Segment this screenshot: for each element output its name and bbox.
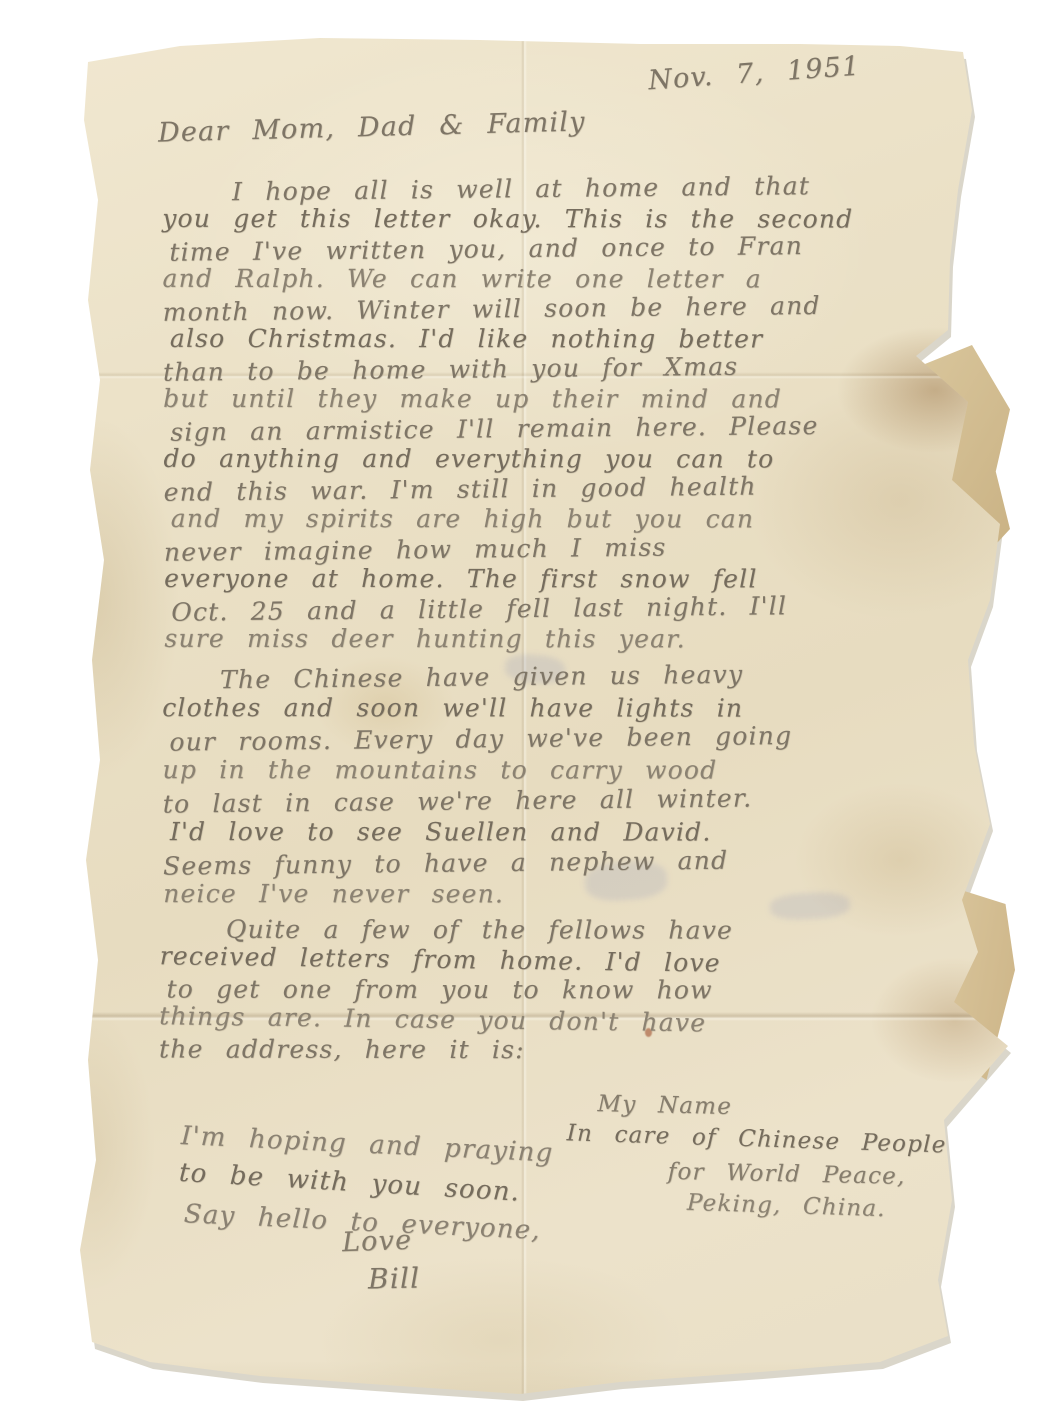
letter-valediction: Love (341, 1225, 412, 1258)
letter-line: I'd love to see Suellen and David. (163, 816, 793, 848)
letter-line: neice I've never seen. (163, 878, 793, 910)
letter-line: The Chinese have given us heavy (220, 658, 792, 695)
letter-line: to get one from you to know how (159, 974, 732, 1005)
letter-line: never imagine how much I miss (164, 531, 855, 568)
letter-line: our rooms. Every day we've been going (162, 720, 792, 758)
letter-paragraph-3: Quite a few of the fellows havereceived … (159, 913, 733, 1067)
letter-line: Seems funny to have a nephew and (163, 844, 793, 882)
letter-line: I hope all is well at home and that (232, 171, 853, 208)
letter-signature: Bill (368, 1262, 421, 1296)
letter-line: do anything and everything you can to (163, 444, 854, 475)
letter-line: than to be home with you for Xmas (163, 351, 854, 388)
return-address-block: My NameIn care of Chinese People's Commi… (565, 1086, 1058, 1233)
letter-line: and Ralph. We can write one letter a (163, 264, 854, 295)
letter-line: the address, here it is: (159, 1034, 732, 1065)
letter-paper: Nov. 7, 1951 Dear Mom, Dad & Family I ho… (0, 0, 1058, 1411)
letter-line: month now. Winter will soon be here and (163, 291, 854, 328)
letter-line: and my spirits are high but you can (164, 504, 855, 535)
letter-date: Nov. 7, 1951 (647, 51, 861, 97)
letter-paragraph-1: I hope all is well at home and thatyou g… (162, 172, 856, 656)
letter-line: also Christmas. I'd like nothing better (163, 324, 854, 355)
letter-line: received letters from home. I'd love (160, 941, 733, 978)
letter-line: but until they make up their mind and (163, 384, 854, 415)
letter-line: time I've written you, and once to Fran (162, 231, 853, 268)
letter-line: end this war. I'm still in good health (164, 471, 855, 508)
photo-background: Nov. 7, 1951 Dear Mom, Dad & Family I ho… (0, 0, 1058, 1411)
letter-line: Quite a few of the fellows have (226, 915, 733, 946)
address-line: Peking, China. (686, 1187, 1058, 1234)
letter-line: things are. In case you don't have (159, 1001, 732, 1038)
letter-line: everyone at home. The first snow fell (164, 564, 855, 595)
letter-salutation: Dear Mom, Dad & Family (158, 106, 586, 148)
letter-line: to last in case we're here all winter. (163, 782, 793, 820)
letter-line: you get this letter okay. This is the se… (162, 204, 853, 235)
letter-line: sure miss deer hunting this year. (164, 624, 855, 655)
letter-line: Oct. 25 and a little fell last night. I'… (164, 591, 855, 628)
letter-paragraph-2: The Chinese have given us heavyclothes a… (162, 660, 793, 911)
letter-line: clothes and soon we'll have lights in (162, 692, 792, 724)
letter-line: sign an armistice I'll remain here. Plea… (163, 411, 854, 448)
letter-line: up in the mountains to carry wood (163, 754, 793, 786)
